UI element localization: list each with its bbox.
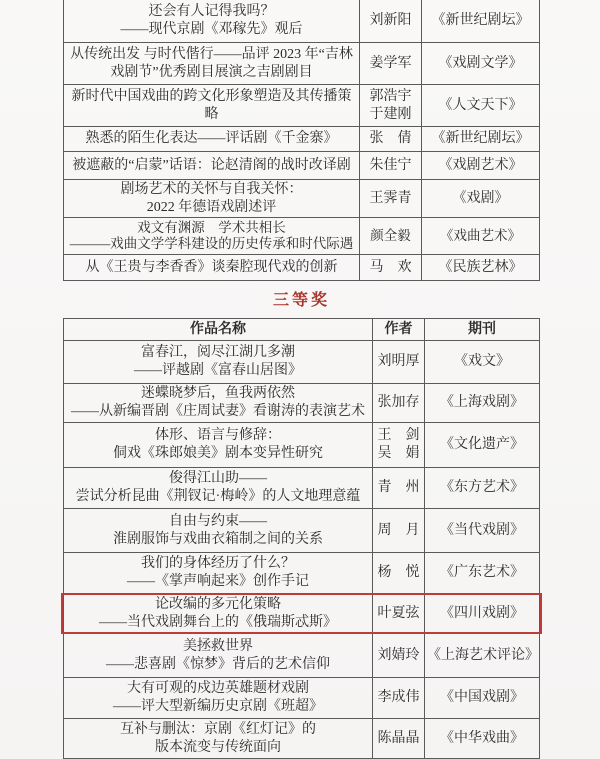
work-title-line: ——悲喜剧《惊梦》背后的艺术信仰	[106, 656, 330, 674]
work-title-cell: 新时代中国戏曲的跨文化形象塑造及其传播策略	[64, 85, 359, 126]
work-title-line: ——评大型新编历史京剧《班超》	[113, 698, 323, 716]
author-name: 青 州	[378, 479, 420, 497]
third-prize-table: 作品名称 作者 期刊 富春江，阅尽江湖几多潮——评越剧《富春山居图》 刘明厚 《…	[63, 318, 540, 759]
table-row: 戏文有渊源 学术共相长———戏曲文学学科建设的历史传承和时代际遇 颜全毅 《戏曲…	[64, 218, 539, 255]
table-row-highlighted: 论改编的多元化策略——当代戏剧舞台上的《俄瑞斯忒斯》 叶夏弦 《四川戏剧》	[64, 594, 539, 634]
work-title-line: 被遮蔽的“启蒙”话语：论赵清阁的战时改译剧	[72, 157, 350, 175]
author-name: 张 倩	[370, 130, 412, 148]
author-name: 陈晶晶	[378, 730, 420, 748]
journal-cell: 《民族艺林》	[422, 255, 539, 280]
work-title-cell: 自由与约束——淮剧服饰与戏曲衣箱制之间的关系	[64, 509, 372, 552]
author-cell: 刘明厚	[372, 341, 425, 383]
work-title-line: 新时代中国戏曲的跨文化形象塑造及其传播策略	[66, 88, 357, 124]
work-title-line: 版本流变与传统面向	[155, 739, 281, 757]
journal-cell: 《戏剧》	[422, 180, 539, 217]
work-title-line: 从《王贵与李香香》谈秦腔现代戏的创新	[86, 259, 338, 277]
author-name: 张加存	[378, 394, 420, 412]
journal-cell: 《文化遗产》	[425, 423, 539, 467]
author-name: 杨 悦	[378, 564, 420, 582]
author-cell: 颜全毅	[359, 218, 422, 254]
journal-cell: 《新世纪剧坛》	[422, 127, 539, 151]
work-title-line: 俊得江山助——	[169, 470, 267, 488]
author-name: 刘婧玲	[378, 647, 420, 665]
work-title-line: ——从新编晋剧《庄周试妻》看谢涛的表演艺术	[71, 403, 365, 421]
work-title-line: 自由与约束——	[169, 513, 267, 531]
author-name: 吴 娟	[378, 445, 420, 463]
work-title-line: 大有可观的戍边英雄题材戏剧	[127, 680, 309, 698]
author-name: 颜全毅	[370, 228, 411, 244]
work-title-cell: 俊得江山助——尝试分析昆曲《荆钗记·梅岭》的人文地理意蕴	[64, 468, 372, 508]
author-cell: 叶夏弦	[372, 594, 425, 633]
work-title-line: 还会有人记得我吗？	[149, 3, 275, 21]
author-cell: 朱佳宁	[359, 152, 422, 179]
work-title-line: 淮剧服饰与戏曲衣箱制之间的关系	[113, 531, 323, 549]
journal-cell: 《戏曲艺术》	[422, 218, 539, 254]
work-title-line: 美拯救世界	[183, 638, 253, 656]
work-title-line: ———戏曲文学学科建设的历史传承和时代际遇	[70, 236, 354, 252]
author-cell: 陈晶晶	[372, 719, 425, 758]
table-row: 还会有人记得我吗？——现代京剧《邓稼先》观后 刘新阳 《新世纪剧坛》	[64, 0, 539, 43]
journal-cell: 《人文天下》	[422, 85, 539, 126]
table-row: 剧场艺术的关怀与自我关怀：2022 年德语戏剧述评 王霁青 《戏剧》	[64, 180, 539, 218]
work-title-line: 2022 年德语戏剧述评	[147, 199, 277, 217]
journal-cell: 《上海戏剧》	[425, 384, 539, 422]
author-name: 周 月	[378, 522, 420, 540]
author-cell: 杨 悦	[372, 553, 425, 593]
author-cell: 刘婧玲	[372, 634, 425, 677]
work-title-line: ——当代戏剧舞台上的《俄瑞斯忒斯》	[99, 614, 337, 632]
work-title-cell: 还会有人记得我吗？——现代京剧《邓稼先》观后	[64, 0, 359, 42]
author-cell: 姜学军	[359, 43, 422, 84]
author-name: 刘明厚	[378, 353, 420, 371]
journal-cell: 《新世纪剧坛》	[422, 0, 539, 42]
author-name: 郭浩宇	[370, 88, 412, 106]
table-row: 新时代中国戏曲的跨文化形象塑造及其传播策略 郭浩宇于建刚 《人文天下》	[64, 85, 539, 127]
author-name: 王 剑	[378, 427, 420, 445]
work-title-line: ——《掌声响起来》创作手记	[127, 573, 309, 591]
author-cell: 王霁青	[359, 180, 422, 217]
author-name: 姜学军	[370, 55, 412, 73]
author-name: 刘新阳	[370, 12, 412, 30]
table-row: 富春江，阅尽江湖几多潮——评越剧《富春山居图》 刘明厚 《戏文》	[64, 341, 539, 384]
work-title-cell: 迷蝶晓梦后，鱼我两依然——从新编晋剧《庄周试妻》看谢涛的表演艺术	[64, 384, 372, 422]
author-name: 于建刚	[370, 106, 412, 124]
work-title-cell: 从传统出发 与时代偕行——品评 2023 年“吉林戏剧节”优秀剧目展演之吉剧剧目	[64, 43, 359, 84]
work-title-line: 熟悉的陌生化表达——评话剧《千金寨》	[86, 130, 338, 148]
author-cell: 周 月	[372, 509, 425, 552]
table-row: 被遮蔽的“启蒙”话语：论赵清阁的战时改译剧 朱佳宁 《戏剧艺术》	[64, 152, 539, 180]
work-title-cell: 从《王贵与李香香》谈秦腔现代戏的创新	[64, 255, 359, 280]
work-title-cell: 体形、语言与修辞：侗戏《珠郎娘美》剧本变异性研究	[64, 423, 372, 467]
table-row: 大有可观的戍边英雄题材戏剧——评大型新编历史京剧《班超》 李成伟 《中国戏剧》	[64, 678, 539, 719]
table-row: 体形、语言与修辞：侗戏《珠郎娘美》剧本变异性研究 王 剑吴 娟 《文化遗产》	[64, 423, 539, 468]
author-cell: 张 倩	[359, 127, 422, 151]
author-name: 王霁青	[370, 190, 412, 208]
work-title-cell: 我们的身体经历了什么？——《掌声响起来》创作手记	[64, 553, 372, 593]
work-title-line: 迷蝶晓梦后，鱼我两依然	[141, 385, 295, 403]
author-cell: 王 剑吴 娟	[372, 423, 425, 467]
journal-cell: 《东方艺术》	[425, 468, 539, 508]
author-name: 叶夏弦	[378, 605, 420, 623]
journal-cell: 《戏剧艺术》	[422, 152, 539, 179]
work-title-cell: 互补与删汰：京剧《红灯记》的版本流变与传统面向	[64, 719, 372, 758]
work-title-line: 尝试分析昆曲《荆钗记·梅岭》的人文地理意蕴	[76, 488, 361, 506]
author-name: 马 欢	[370, 259, 412, 277]
work-title-header: 作品名称	[64, 319, 372, 340]
table-header-row: 作品名称 作者 期刊	[64, 319, 539, 341]
author-cell: 张加存	[372, 384, 425, 422]
work-title-line: 体形、语言与修辞：	[155, 427, 281, 445]
work-title-line: 剧场艺术的关怀与自我关怀：	[121, 181, 303, 199]
work-title-line: 我们的身体经历了什么？	[141, 555, 295, 573]
author-cell: 马 欢	[359, 255, 422, 280]
author-cell: 刘新阳	[359, 0, 422, 42]
author-name: 朱佳宁	[370, 157, 412, 175]
table-row: 美拯救世界——悲喜剧《惊梦》背后的艺术信仰 刘婧玲 《上海艺术评论》	[64, 634, 539, 678]
table-row: 熟悉的陌生化表达——评话剧《千金寨》 张 倩 《新世纪剧坛》	[64, 127, 539, 152]
third-prize-heading: 三等奖	[63, 287, 540, 310]
journal-cell: 《上海艺术评论》	[425, 634, 539, 677]
author-cell: 青 州	[372, 468, 425, 508]
table-row: 从传统出发 与时代偕行——品评 2023 年“吉林戏剧节”优秀剧目展演之吉剧剧目…	[64, 43, 539, 85]
work-title-cell: 剧场艺术的关怀与自我关怀：2022 年德语戏剧述评	[64, 180, 359, 217]
work-title-line: 从传统出发 与时代偕行——品评 2023 年“吉林	[70, 46, 353, 64]
work-title-cell: 大有可观的戍边英雄题材戏剧——评大型新编历史京剧《班超》	[64, 678, 372, 718]
work-title-line: ——评越剧《富春山居图》	[134, 362, 302, 380]
journal-header: 期刊	[425, 319, 539, 340]
journal-cell: 《四川戏剧》	[425, 594, 539, 633]
journal-cell: 《广东艺术》	[425, 553, 539, 593]
author-header: 作者	[372, 319, 425, 340]
work-title-line: 戏剧节”优秀剧目展演之吉剧剧目	[110, 64, 312, 82]
author-cell: 郭浩宇于建刚	[359, 85, 422, 126]
work-title-line: 论改编的多元化策略	[155, 596, 281, 614]
work-title-line: 富春江，阅尽江湖几多潮	[141, 344, 295, 362]
work-title-cell: 戏文有渊源 学术共相长———戏曲文学学科建设的历史传承和时代际遇	[64, 218, 359, 254]
table-row: 从《王贵与李香香》谈秦腔现代戏的创新 马 欢 《民族艺林》	[64, 255, 539, 281]
table-row: 俊得江山助——尝试分析昆曲《荆钗记·梅岭》的人文地理意蕴 青 州 《东方艺术》	[64, 468, 539, 509]
work-title-line: 戏文有渊源 学术共相长	[137, 220, 286, 236]
work-title-cell: 熟悉的陌生化表达——评话剧《千金寨》	[64, 127, 359, 151]
journal-cell: 《戏剧文学》	[422, 43, 539, 84]
table-row: 我们的身体经历了什么？——《掌声响起来》创作手记 杨 悦 《广东艺术》	[64, 553, 539, 594]
work-title-cell: 被遮蔽的“启蒙”话语：论赵清阁的战时改译剧	[64, 152, 359, 179]
journal-cell: 《中华戏曲》	[425, 719, 539, 758]
journal-cell: 《当代戏剧》	[425, 509, 539, 552]
work-title-line: 侗戏《珠郎娘美》剧本变异性研究	[113, 445, 323, 463]
work-title-cell: 富春江，阅尽江湖几多潮——评越剧《富春山居图》	[64, 341, 372, 383]
journal-cell: 《中国戏剧》	[425, 678, 539, 718]
work-title-cell: 美拯救世界——悲喜剧《惊梦》背后的艺术信仰	[64, 634, 372, 677]
work-title-line: 互补与删汰：京剧《红灯记》的	[120, 721, 316, 739]
table-row: 迷蝶晓梦后，鱼我两依然——从新编晋剧《庄周试妻》看谢涛的表演艺术 张加存 《上海…	[64, 384, 539, 423]
second-prize-table: 还会有人记得我吗？——现代京剧《邓稼先》观后 刘新阳 《新世纪剧坛》 从传统出发…	[63, 0, 540, 281]
author-cell: 李成伟	[372, 678, 425, 718]
author-name: 李成伟	[378, 689, 420, 707]
work-title-line: ——现代京剧《邓稼先》观后	[121, 21, 303, 39]
journal-cell: 《戏文》	[425, 341, 539, 383]
document-page: 还会有人记得我吗？——现代京剧《邓稼先》观后 刘新阳 《新世纪剧坛》 从传统出发…	[0, 0, 600, 759]
table-row: 自由与约束——淮剧服饰与戏曲衣箱制之间的关系 周 月 《当代戏剧》	[64, 509, 539, 553]
work-title-cell: 论改编的多元化策略——当代戏剧舞台上的《俄瑞斯忒斯》	[64, 594, 372, 633]
table-row: 互补与删汰：京剧《红灯记》的版本流变与传统面向 陈晶晶 《中华戏曲》	[64, 719, 539, 759]
